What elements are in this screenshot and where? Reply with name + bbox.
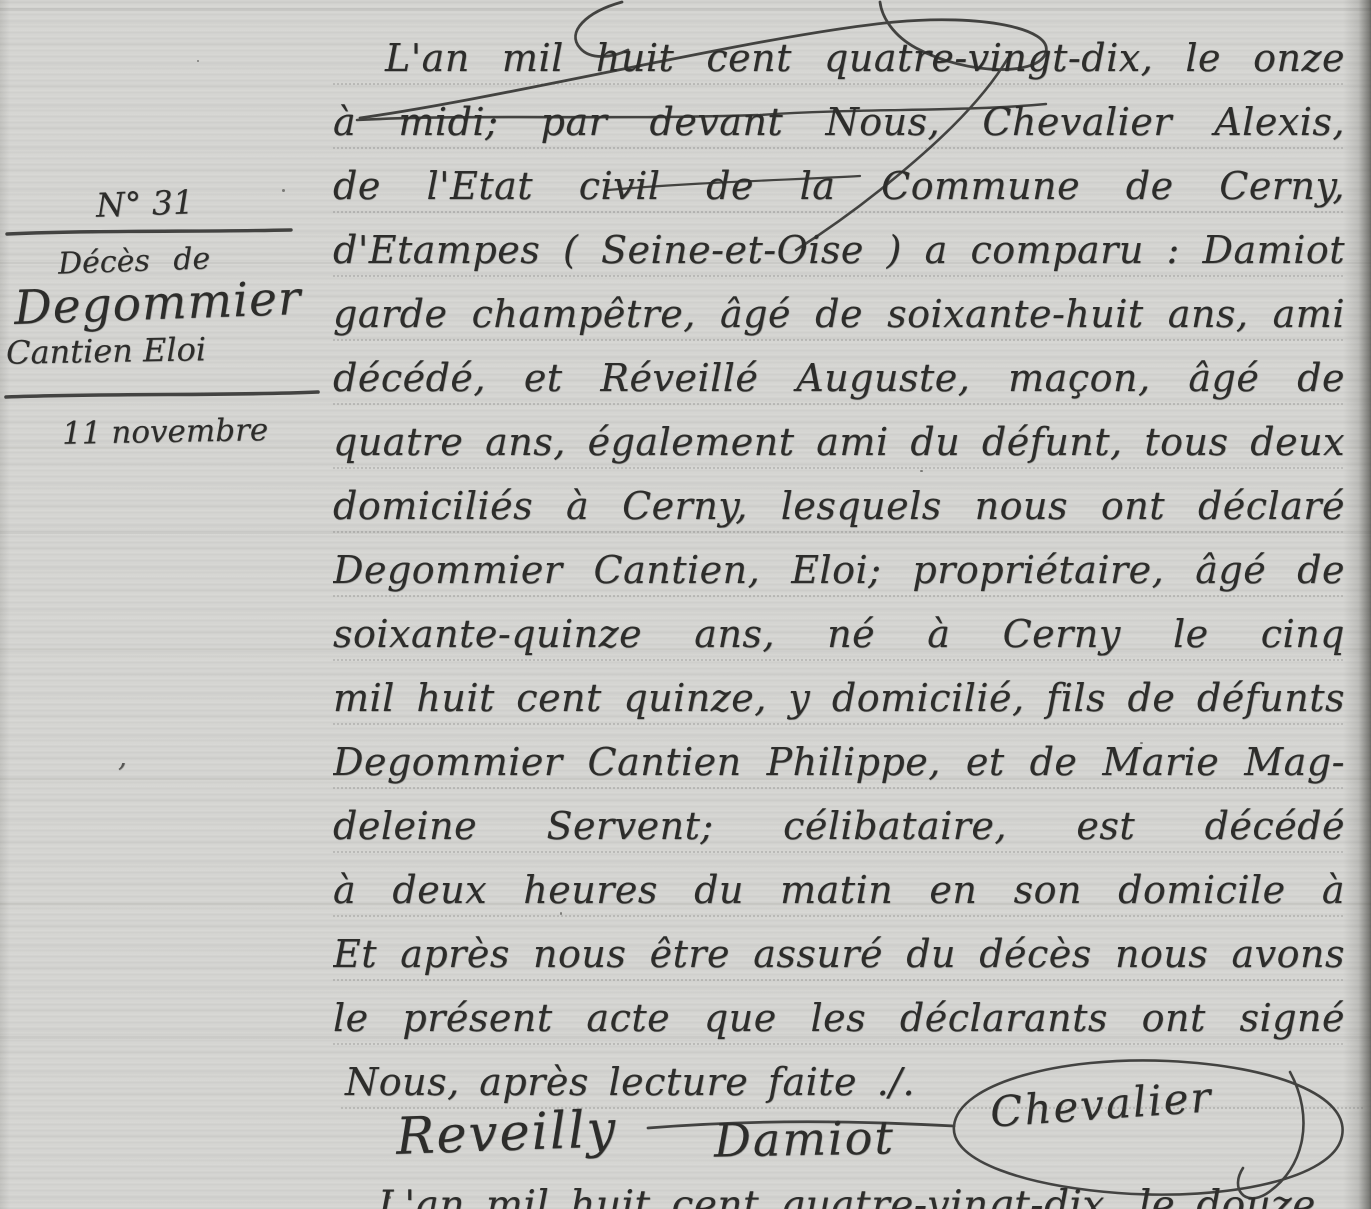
scan-streak <box>0 8 1371 11</box>
manuscript-line: garde champêtre, âgé de soixante-huit an… <box>333 288 1345 344</box>
registry-page-scan: N° 31 Décès de Degommier Cantien Eloi 11… <box>0 0 1371 1209</box>
signature-declarant-reveilly: Reveilly <box>395 1100 618 1167</box>
manuscript-line: quatre ans, également ami du défunt, tou… <box>333 416 1345 472</box>
paper-speck <box>197 60 199 62</box>
act-number: N° 31 <box>95 182 194 224</box>
manuscript-line: de l'Etat civil de la Commune de Cerny, … <box>333 160 1345 216</box>
manuscript-line: d'Etampes ( Seine-et-Oise ) a comparu : … <box>333 224 1345 280</box>
next-act-partial-line: L'an mil huit cent quatre-vingt-dix, le … <box>378 1183 1338 1209</box>
manuscript-line: à deux heures du matin en son domicile à… <box>333 864 1345 920</box>
gutter-shadow <box>1343 0 1371 1209</box>
manuscript-line: deleine Servent; célibataire, est décédé… <box>333 800 1345 856</box>
margin-deceased-surname: Degommier <box>13 271 302 336</box>
margin-rule-top <box>7 230 291 234</box>
manuscript-line: Degommier Cantien Philippe, et de Marie … <box>333 736 1345 792</box>
manuscript-line: décédé, et Réveillé Auguste, maçon, âgé … <box>333 352 1345 408</box>
margin-rule-bottom <box>6 392 318 397</box>
manuscript-line: soixante-quinze ans, né à Cerny le cinq … <box>333 608 1345 664</box>
left-page-edge-shadow <box>0 0 10 1209</box>
paper-speck <box>282 189 285 192</box>
margin-deceased-givennames: Cantien Eloi <box>6 330 207 371</box>
signature-declarant-damiot: Damiot <box>714 1110 896 1167</box>
manuscript-line: domiciliés à Cerny, lesquels nous ont dé… <box>333 480 1345 536</box>
manuscript-line: L'an mil huit cent quatre-vingt-dix, le … <box>333 32 1345 88</box>
manuscript-line: mil huit cent quinze, y domicilié, fils … <box>333 672 1345 728</box>
manuscript-line: Degommier Cantien, Eloi; propriétaire, â… <box>333 544 1345 600</box>
margin-date: 11 novembre <box>62 412 269 452</box>
margin-stray-comma: , <box>118 740 127 773</box>
manuscript-line: à midi; par devant Nous, Chevalier Alexi… <box>333 96 1345 152</box>
manuscript-line: Et après nous être assuré du décès nous … <box>333 928 1345 984</box>
manuscript-line: le présent acte que les déclarants ont s… <box>333 992 1345 1048</box>
